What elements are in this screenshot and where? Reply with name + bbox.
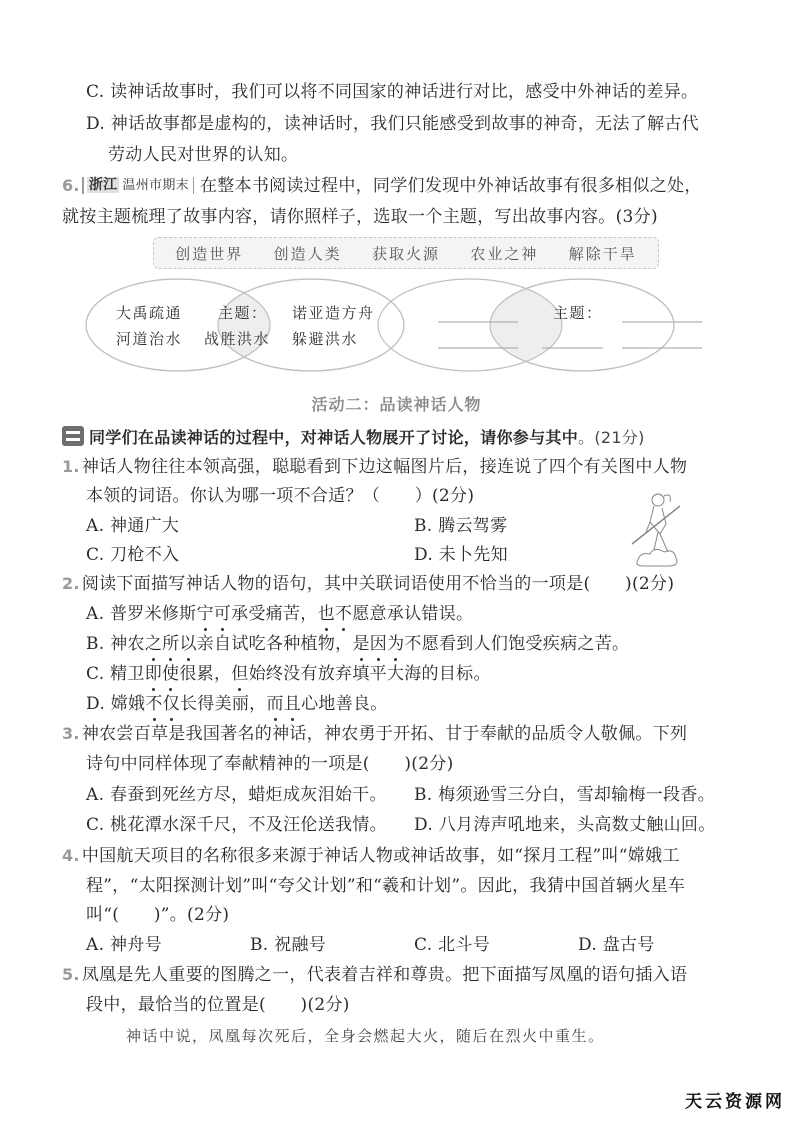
text: 承受痛苦， (231, 604, 318, 624)
question-number: 1. (62, 457, 80, 476)
q4-option-b: B. 祝融号 (250, 934, 326, 956)
venn-center-label: 主题： (218, 301, 268, 325)
question-4-line2: 程”，“太阳探测计划”叫“夸父计划”和“羲和计划”。因此，我猜中国首辆火星车 (86, 875, 685, 897)
section-title: 活动二：品读神话人物 (0, 392, 793, 415)
keyword: 不 (335, 603, 352, 625)
q4-option-a: A. 神舟号 (86, 934, 162, 956)
text: 心地善良。 (301, 694, 388, 714)
keyword: 为 (387, 633, 404, 655)
question-number: 3. (62, 724, 80, 743)
question-number: 4. (62, 846, 80, 865)
q1-option-d: D. 未卜先知 (414, 544, 508, 566)
text: 很累， (179, 664, 231, 684)
keyword: 之 (145, 633, 162, 655)
text: 长得美丽， (180, 694, 267, 714)
keyword: 即 (145, 663, 162, 685)
q3-option-d: D. 八月涛声吼地来，头高数丈触山回。 (414, 814, 716, 836)
text: 愿意承认错误。 (352, 604, 473, 624)
question-5-line1: 5.凤凰是先人重要的图腾之一，代表着吉祥和尊贵。把下面描写凤凰的语句插入语 (62, 964, 687, 986)
keyword: 而 (266, 693, 283, 715)
q1-option-b: B. 腾云驾雾 (414, 515, 507, 537)
question-3-line2: 诗句中同样体现了奉献精神的一项是( )(2分) (86, 753, 454, 775)
q2-option-b: B. 神农之所以亲自试吃各种植物，是因为不愿看到人们饱受疾病之苦。 (86, 633, 629, 655)
text: 不愿看到人们饱受疾病之苦。 (404, 634, 629, 654)
question-4-line3: 叫“( )”。(2分) (86, 904, 229, 926)
q3-option-a: A. 春蚕到死丝方尽，蜡炬成灰泪始干。 (86, 784, 387, 806)
text: 始终没有放弃填平大海的目标。 (249, 664, 491, 684)
question-text: 阅读下面描写神话人物的语句，其中关联词语使用不恰当的一项是( )(2分) (82, 574, 674, 594)
q3-option-b: B. 梅须逊雪三分白，雪却输梅一段香。 (414, 784, 715, 806)
question-text: 凤凰是先人重要的图腾之一，代表着吉祥和尊贵。把下面描写凤凰的语句插入语 (82, 965, 688, 985)
question-number: 2. (62, 574, 80, 593)
keyword: 仅 (163, 693, 180, 715)
question-text: 神农尝百草是我国著名的神话，神农勇于开拓、甘于奉献的品质令人敬佩。下列 (82, 724, 688, 744)
keyword: 也 (318, 603, 335, 625)
part-heading-text: 同学们在品读神话的过程中，对神话人物展开了讨论，请你参与其中 (89, 428, 578, 447)
part-two-badge-icon (62, 426, 84, 446)
question-5-quote: 神话中说，凤凰每次死后，全身会燃起大火，随后在烈火中重生。 (126, 1025, 605, 1046)
text: B. 神农 (86, 634, 145, 654)
venn-left-line1: 大禹疏通 (116, 301, 182, 325)
question-text: 神话人物往往本领高强，聪聪看到下边这幅图片后，接连说了四个有关图中人物 (82, 457, 688, 477)
question-1-line1: 1.神话人物往往本领高强，聪聪看到下边这幅图片后，接连说了四个有关图中人物 (62, 456, 687, 478)
q2-option-d: D. 嫦娥不仅长得美丽，而且心地善良。 (86, 693, 388, 715)
venn-right-line1: 诺亚造方舟 (292, 301, 375, 325)
question-1-line2: 本领的词语。你认为哪一项不合适？（ ）(2分) (86, 485, 474, 507)
keyword: 因 (370, 633, 387, 655)
text: 亲自试吃各种植物， (197, 634, 353, 654)
question-5-line2: 段中，最恰当的位置是( )(2分) (86, 994, 350, 1016)
keyword: 可 (214, 603, 231, 625)
part-heading: 同学们在品读神话的过程中，对神话人物展开了讨论，请你参与其中。(21分) (62, 426, 645, 449)
question-2-line1: 2.阅读下面描写神话人物的语句，其中关联词语使用不恰当的一项是( )(2分) (62, 573, 674, 595)
keyword: 所 (162, 633, 179, 655)
text: A. 普罗米修斯 (86, 604, 196, 624)
q4-option-d: D. 盘古号 (578, 934, 655, 956)
venn-center-value: 战胜洪水 (204, 327, 270, 351)
keyword: 但 (231, 663, 248, 685)
keyword: 使 (162, 663, 179, 685)
q2-option-c: C. 精卫即使很累，但始终没有放弃填平大海的目标。 (86, 663, 491, 685)
blank-venn-center-label: 主题： (553, 301, 603, 325)
q3-option-c: C. 桃花潭水深千尺，不及汪伦送我情。 (86, 814, 387, 836)
question-4-line1: 4.中国航天项目的名称很多来源于神话人物或神话故事，如“探月工程”叫“嫦娥工 (62, 845, 680, 867)
q2-option-a: A. 普罗米修斯宁可承受痛苦，也不愿意承认错误。 (86, 603, 473, 625)
text: D. 嫦娥 (86, 694, 145, 714)
keyword: 不 (145, 693, 162, 715)
watermark: 天云资源网 (685, 1087, 785, 1112)
question-3-line1: 3.神农尝百草是我国著名的神话，神农勇于开拓、甘于奉献的品质令人敬佩。下列 (62, 723, 687, 745)
venn-right-line2: 躲避洪水 (292, 327, 358, 351)
question-text: 中国航天项目的名称很多来源于神话人物或神话故事，如“探月工程”叫“嫦娥工 (82, 846, 680, 866)
keyword: 宁 (196, 603, 213, 625)
text: C. 精卫 (86, 664, 145, 684)
venn-left-line2: 河道治水 (116, 327, 182, 351)
question-number: 5. (62, 965, 80, 984)
part-score: 。(21分) (578, 428, 645, 447)
keyword: 且 (284, 693, 301, 715)
keyword: 以 (179, 633, 196, 655)
q4-option-c: C. 北斗号 (414, 934, 490, 956)
keyword: 是 (352, 633, 369, 655)
q1-option-a: A. 神通广大 (86, 515, 179, 537)
q1-option-c: C. 刀枪不入 (86, 544, 179, 566)
monkey-king-illustration-icon (628, 488, 688, 573)
